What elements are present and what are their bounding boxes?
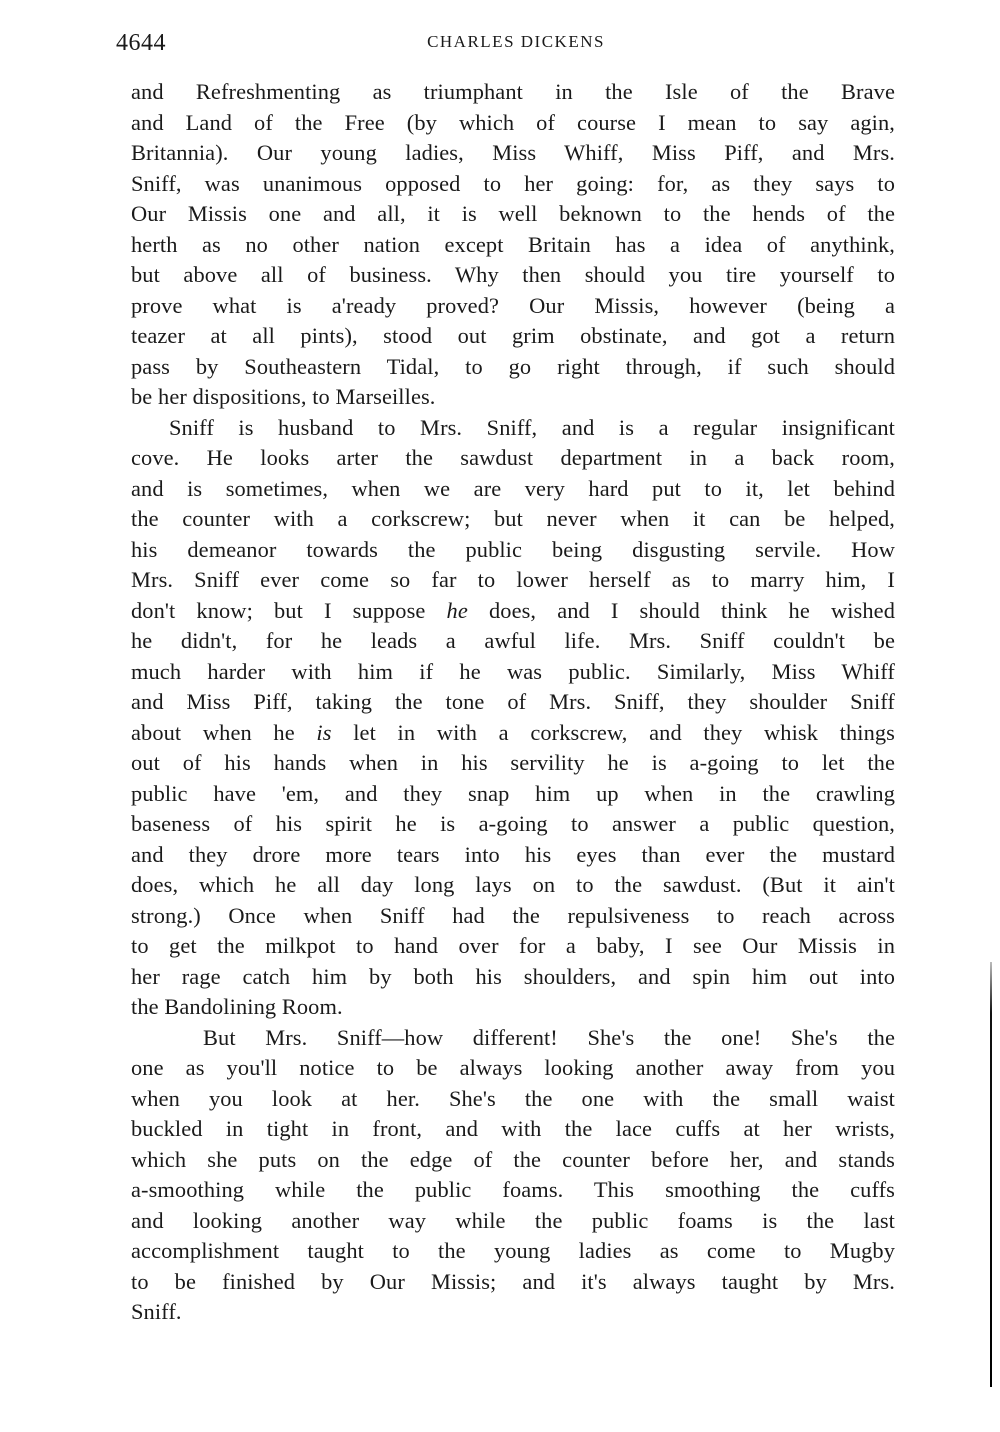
text-line: a-smoothing while the public foams. This… [131,1175,895,1206]
text-line: Sniff. [131,1297,895,1328]
text-line: when you look at her. She's the one with… [131,1084,895,1115]
text-line: he didn't, for he leads a awful life. Mr… [131,626,895,657]
text-line: out of his hands when in his servility h… [131,748,895,779]
text-line: and Land of the Free (by which of course… [131,108,895,139]
paragraph-3: But Mrs. Sniff—how different! She's the … [131,1023,895,1328]
text-line: baseness of his spirit he is a-going to … [131,809,895,840]
text-line: teazer at all pints), stood out grim obs… [131,321,895,352]
text-line: and they drore more tears into his eyes … [131,840,895,871]
text-line: Our Missis one and all, it is well bekno… [131,199,895,230]
text-line: herth as no other nation except Britain … [131,230,895,261]
text-line: But Mrs. Sniff—how different! She's the … [131,1023,895,1054]
text-line: prove what is a'ready proved? Our Missis… [131,291,895,322]
text-line: Britannia). Our young ladies, Miss Whiff… [131,138,895,169]
text-line: strong.) Once when Sniff had the repulsi… [131,901,895,932]
text-line: and is sometimes, when we are very hard … [131,474,895,505]
text-line: Sniff, was unanimous opposed to her goin… [131,169,895,200]
text-line: and Refreshmenting as triumphant in the … [131,77,895,108]
text-line: much harder with him if he was public. S… [131,657,895,688]
text-line: and looking another way while the public… [131,1206,895,1237]
paragraph-2: Sniff is husband to Mrs. Sniff, and is a… [131,413,895,1023]
text-line: his demeanor towards the public being di… [131,535,895,566]
text-line: pass by Southeastern Tidal, to go right … [131,352,895,383]
text-line: and Miss Piff, taking the tone of Mrs. S… [131,687,895,718]
text-line: accomplishment taught to the young ladie… [131,1236,895,1267]
text-line: does, which he all day long lays on to t… [131,870,895,901]
text-line-with-italic: about when he is let in with a corkscrew… [131,718,895,749]
book-page: 4644 CHARLES DICKENS and Refreshmenting … [0,0,1000,1432]
text-line: her rage catch him by both his shoulders… [131,962,895,993]
text-line-with-italic: don't know; but I suppose he does, and I… [131,596,895,627]
body-text: and Refreshmenting as triumphant in the … [131,77,895,1328]
text-line: buckled in tight in front, and with the … [131,1114,895,1145]
text-line: to get the milkpot to hand over for a ba… [131,931,895,962]
text-line: the Bandolining Room. [131,992,895,1023]
text-line: one as you'll notice to be always lookin… [131,1053,895,1084]
text-line: but above all of business. Why then shou… [131,260,895,291]
text-line: be her dispositions, to Marseilles. [131,382,895,413]
italic-word: is [316,720,331,745]
text-line: public have 'em, and they snap him up wh… [131,779,895,810]
italic-word: he [447,598,468,623]
text-line: which she puts on the edge of the counte… [131,1145,895,1176]
paragraph-1: and Refreshmenting as triumphant in the … [131,77,895,413]
text-line: Sniff is husband to Mrs. Sniff, and is a… [131,413,895,444]
page-edge-rule [990,962,992,1387]
running-title: CHARLES DICKENS [116,32,896,52]
text-line: cove. He looks arter the sawdust departm… [131,443,895,474]
running-header: 4644 CHARLES DICKENS [116,30,896,58]
text-line: Mrs. Sniff ever come so far to lower her… [131,565,895,596]
text-line: the counter with a corkscrew; but never … [131,504,895,535]
text-line: to be finished by Our Missis; and it's a… [131,1267,895,1298]
